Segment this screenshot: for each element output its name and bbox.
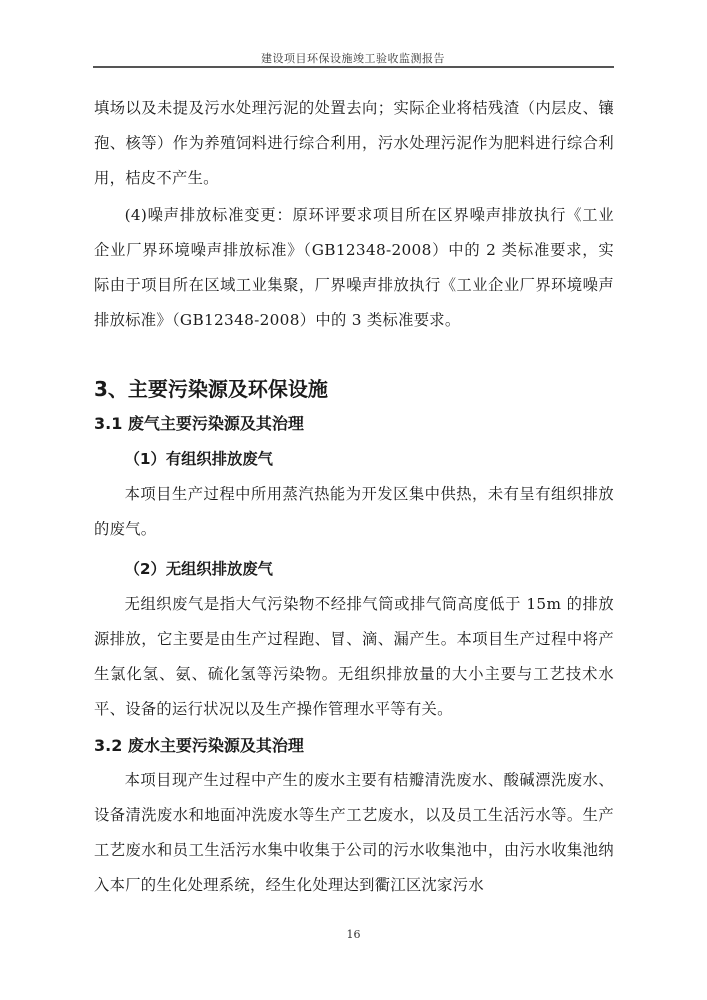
running-header: 建设项目环保设施竣工验收监测报告 <box>93 50 613 66</box>
page-number: 16 <box>0 928 707 941</box>
paragraph-wastewater: 本项目现产生过程中产生的废水主要有桔瓣清洗废水、酸碱漂洗废水、设备清洗废水和地面… <box>94 763 614 903</box>
section-3-title: 3、主要污染源及环保设施 <box>94 371 614 407</box>
header-divider <box>93 66 614 68</box>
page-body: 填场以及未提及污水处理污泥的处置去向；实际企业将桔残渣（内层皮、镶孢、核等）作为… <box>94 91 614 903</box>
section-3-1-title: 3.1 废气主要污染源及其治理 <box>94 407 614 441</box>
paragraph-continued: 填场以及未提及污水处理污泥的处置去向；实际企业将桔残渣（内层皮、镶孢、核等）作为… <box>94 91 614 196</box>
paragraph-fugitive-emission: 无组织废气是指大气污染物不经排气筒或排气筒高度低于 15m 的排放源排放，它主要… <box>94 587 614 727</box>
paragraph-noise-standard: (4)噪声排放标准变更：原环评要求项目所在区界噪声排放执行《工业企业厂界环境噪声… <box>94 198 614 338</box>
paragraph-organized-emission: 本项目生产过程中所用蒸汽热能为开发区集中供热，未有呈有组织排放的废气。 <box>94 477 614 547</box>
section-3-2-title: 3.2 废水主要污染源及其治理 <box>94 729 614 763</box>
subsection-organized-emission-title: （1）有组织排放废气 <box>94 441 614 477</box>
subsection-fugitive-emission-title: （2）无组织排放废气 <box>94 551 614 587</box>
